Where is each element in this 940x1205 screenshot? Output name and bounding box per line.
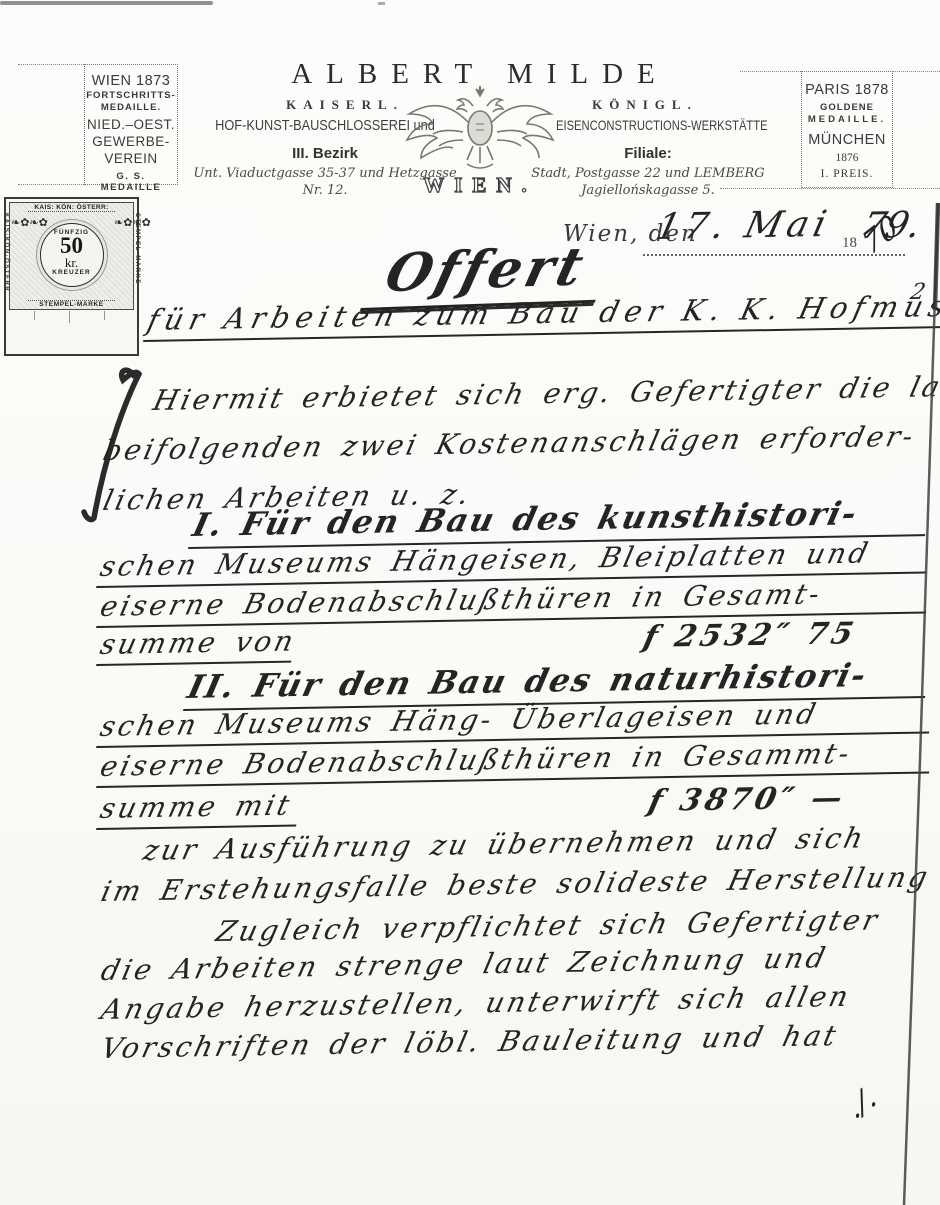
right-medal-box: PARIS 1878 GOLDENE MEDAILLE. MÜNCHEN 187… xyxy=(801,71,893,188)
body-line: beifolgenden zwei Kostenanschlägen erfor… xyxy=(100,420,919,467)
honorific-right: KÖNIGL. xyxy=(545,97,745,113)
medal-line: PARIS 1878 xyxy=(802,81,892,99)
body-line: Angabe herzustellen, unterwirft sich all… xyxy=(98,980,854,1026)
dateline-day-month: 17. Mai xyxy=(652,204,835,248)
body-line: Hiermit erbietet sich erg. Gefertigter d… xyxy=(150,369,940,417)
medal-line: NIED.–OEST. xyxy=(85,117,177,134)
stamp-side-label-right: STEMPEL·MARKE xyxy=(134,213,140,299)
scanned-offer-document: ALBERT MILDE WIEN 1873 FORTSCHRITTS- MED… xyxy=(0,0,940,1205)
stamp-dangle xyxy=(69,311,70,323)
medal-line: 1876 xyxy=(802,151,892,165)
dateline-rule xyxy=(643,254,905,256)
item1-line: summe von xyxy=(96,624,300,666)
body-line: im Erstehungsfalle beste solideste Herst… xyxy=(98,859,940,908)
medal-line: GEWERBE- xyxy=(85,134,177,151)
medal-line: WIEN 1873 xyxy=(85,72,177,90)
stamp-engraved-area: KAIS: KÖN: ÖSTERR: ❧✿❧✿ ❧✿❧✿ FÜNFZIG 50 … xyxy=(9,202,134,310)
medal-line: MEDAILLE. xyxy=(802,114,892,126)
medal-line: VEREIN xyxy=(85,151,177,168)
revenue-stamp: KAIS: KÖN: ÖSTERR: ❧✿❧✿ ❧✿❧✿ FÜNFZIG 50 … xyxy=(4,197,139,356)
medal-line: MÜNCHEN xyxy=(802,131,892,149)
crop-mark xyxy=(18,184,84,185)
medal-line: GOLDENE xyxy=(802,102,892,114)
stamp-value-circle: FÜNFZIG 50 kr. KREUZER xyxy=(40,223,104,287)
stamp-bottom-banner: STEMPEL-MARKE xyxy=(28,300,115,308)
branch-label: Filiale: xyxy=(533,145,763,162)
body-line: Vorschriften der löbl. Bauleitung und ha… xyxy=(98,1019,842,1065)
stamp-dangle xyxy=(34,311,35,320)
stamp-ornament-right: ❧✿❧✿ xyxy=(114,215,132,233)
dateline-century: 18 xyxy=(842,235,857,252)
subtitle-line: für Arbeiten zum Bau der K. K. Hofmuseen xyxy=(143,289,940,342)
left-medal-box: WIEN 1873 FORTSCHRITTS- MEDAILLE. NIED.–… xyxy=(84,64,178,185)
stamp-value-number: 50 xyxy=(41,236,103,257)
stamp-top-banner: KAIS: KÖN: ÖSTERR: xyxy=(28,204,115,212)
continuation-mark: ./. xyxy=(842,1079,882,1127)
medal-line: I. PREIS. xyxy=(802,167,892,181)
crop-mark xyxy=(18,64,84,65)
scan-dot xyxy=(378,2,385,5)
stamp-dangle xyxy=(104,311,105,320)
crop-mark xyxy=(740,71,801,72)
item2-line: summe mit xyxy=(96,788,305,830)
body-line: zur Ausführung zu übernehmen und sich xyxy=(140,821,869,867)
stamp-value-unit: kr. xyxy=(41,257,103,269)
medal-line: G. S. MEDAILLE xyxy=(85,171,177,195)
medal-line: FORTSCHRITTS- xyxy=(85,90,177,102)
city-name: WIEN. xyxy=(390,173,570,198)
item1-amount: f 2532″ 75 xyxy=(640,616,861,655)
stamp-value-word-bottom: KREUZER xyxy=(41,269,103,276)
business-right: EISENCONSTRUCTIONS-WERKSTÄTTE xyxy=(556,117,740,133)
crop-mark xyxy=(893,71,940,72)
scan-smudge-top xyxy=(0,1,213,5)
stamp-side-label-left: KAIS·KÖN·ÖSTERR xyxy=(3,213,9,299)
stamp-ornament-left: ❧✿❧✿ xyxy=(11,215,29,233)
body-line: die Arbeiten strenge laut Zeichnung und xyxy=(98,941,831,987)
imperial-eagle-icon xyxy=(403,84,557,178)
medal-line: MEDAILLE. xyxy=(85,102,177,114)
item2-amount: f 3870″ — xyxy=(645,780,850,819)
